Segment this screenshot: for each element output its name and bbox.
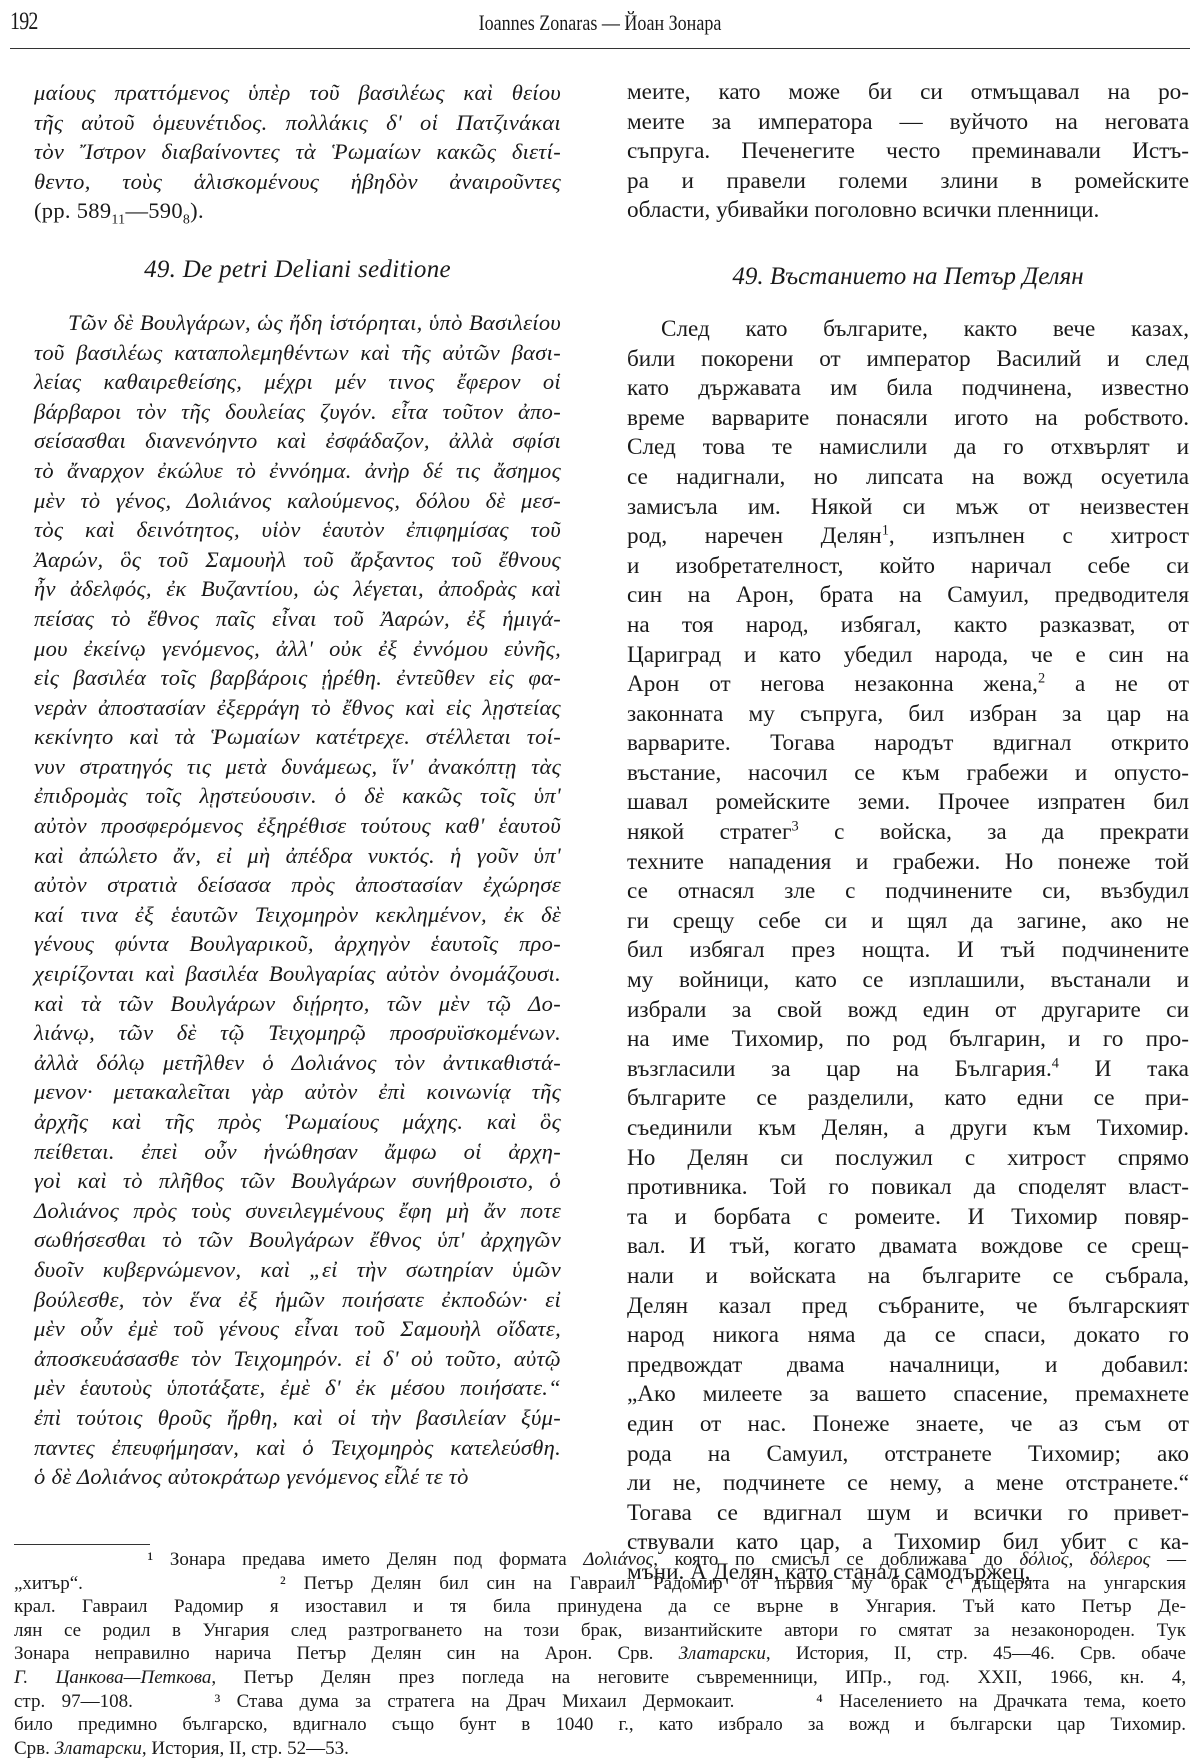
text-line: съединили към Делян, а други към Тихомир… <box>627 1114 1189 1144</box>
text-line: τὸς καὶ δεινότητος, υἱὸν ἑαυτὸν ἐπιφημίσ… <box>34 515 561 545</box>
text-line: πείθεται. ἐπεὶ οὖν ἡνώθησαν ἄμφω οἱ ἀρχη… <box>34 1137 561 1167</box>
text-line: След като българите, както вече казах, <box>627 315 1189 345</box>
text-line: области, убивайки поголовно всички пленн… <box>627 196 1189 226</box>
text-line: ἀρχῆς καὶ τῆς πρὸς Ῥωμαίους μάχης. καὶ ὃ… <box>34 1107 561 1137</box>
text-line: μὲν τὸ γένος, Δολιάνος καλούμενος, δόλου… <box>34 486 561 516</box>
text-line: един от нас. Понеже знаете, че аз съм от <box>627 1410 1189 1440</box>
text-line: та и борбата с ромеите. И Тихомир повяр- <box>627 1203 1189 1233</box>
bulgarian-column: меите, като може би си отмъщавал на ро-м… <box>627 78 1189 1588</box>
text-line: ἀποσκευάσασθε τὸν Τειχομηρόν. εἰ δ' οὐ τ… <box>34 1344 561 1374</box>
text-line: противника. Той го повикал да споделят в… <box>627 1173 1189 1203</box>
text-line: πείσας τὸ ἔθνος παῖς εἶναι τοῦ Ἀαρών, ἐξ… <box>34 604 561 634</box>
text-line: μου ἐκείνῳ γενόμενος, ἀλλ' οὐκ ἐξ ἐννόμο… <box>34 634 561 664</box>
greek-intro-paragraph: μαίους πραττόμενος ὑπὲρ τοῦ βασιλέως καὶ… <box>34 78 561 196</box>
text-line: ἀλλὰ δόλῳ μετῆλθεν ὁ Δολιάνος τὸν ἀντικα… <box>34 1048 561 1078</box>
text-line: τῆς αὐτοῦ ὁμευνέτιδος. πολλάκις δ' οἱ Πα… <box>34 108 561 138</box>
text-line: καὶ τὰ τῶν Βουλγάρων διῄρητο, τῶν μὲν τῷ… <box>34 989 561 1019</box>
text-line: Δολιάνος πρὸς τοὺς συνειλεγμένους ἔφη μὴ… <box>34 1196 561 1226</box>
section-title-bulgarian: 49. Въстанието на Петър Делян <box>627 259 1189 295</box>
text-line: Арон от негова незаконна жена,2 а не от <box>627 670 1189 700</box>
text-line: λείας καθαιρεθείσης, μέχρι μέν τινος ἔφε… <box>34 367 561 397</box>
text-line: γένους φύντα Βουλγαρικοῦ, ἀρχηγὸν ἑαυτοῖ… <box>34 929 561 959</box>
footnote-line: Зонара неправилно нарича Петър Делян син… <box>14 1642 1186 1666</box>
text-line: Τῶν δὲ Βουλγάρων, ὡς ἤδη ἱστόρηται, ὑπὸ … <box>34 308 561 338</box>
text-line: ὁ δὲ Δολιάνος αὐτοκράτωρ γενόμενος εἷλέ … <box>34 1462 561 1492</box>
text-line: βούλεσθε, τὸν ἕνα ἐξ ἡμῶν ποιήσατε ἐκποδ… <box>34 1285 561 1315</box>
greek-column: μαίους πραττόμενος ὑπὲρ τοῦ βασιλέως καὶ… <box>34 78 561 1492</box>
text-line: νυν στρατηγός τις μετὰ δυνάμεως, ἵν' ἀνα… <box>34 752 561 782</box>
text-line: αὐτὸν προσφερόμενος ἐξηρέθισε τούτους κα… <box>34 811 561 841</box>
text-line: българите се разделили, като едни се при… <box>627 1084 1189 1114</box>
page-reference: (pp. 58911—5908). <box>34 196 561 226</box>
running-title: Ioannes Zonaras — Йоан Зонара <box>116 10 1084 36</box>
text-line: варварите. Тогава народът вдигнал открит… <box>627 729 1189 759</box>
text-line: ἐπιδρομὰς τοῖς λῃστεύουσιν. ὁ δὲ κακῶς τ… <box>34 781 561 811</box>
text-line: ἦν ἀδελφός, ἐκ Βυζαντίου, ὡς λέγεται, ἀπ… <box>34 574 561 604</box>
text-line: народ никога няма да се спаси, докато го <box>627 1321 1189 1351</box>
text-line: на тоя народ, избягал, както разказват, … <box>627 611 1189 641</box>
header-rule <box>10 48 1190 49</box>
text-line: εἰς βασιλέα τοῖς βαρβάροις ᾑρέθη. ἐντεῦθ… <box>34 663 561 693</box>
footnote-line: Срв. Златарски, История, II, стр. 52—53. <box>14 1737 1186 1761</box>
footnote-rule <box>14 1544 150 1545</box>
text-line: τὸ ἄναρχον ἐκώλυε τὸ ἐννόημα. ἀνὴρ δέ τι… <box>34 456 561 486</box>
text-line: ἐπὶ τούτοις θροῦς ἤρθη, καὶ οἱ τὴν βασιλ… <box>34 1403 561 1433</box>
footnote-marker[interactable]: 3 <box>792 818 799 834</box>
text-line: ли не, подчинете се нему, а мене отстран… <box>627 1469 1189 1499</box>
text-line: αὐτὸν στρατιὰ δείσασα πρὸς ἀποστασίαν ἐχ… <box>34 870 561 900</box>
text-line: βάρβαροι τὸν τῆς δουλείας ζυγόν. εἶτα το… <box>34 397 561 427</box>
text-line: Цариград и като убедил народа, че е син … <box>627 641 1189 671</box>
text-line: „Ако милеете за вашето спасение, премахн… <box>627 1380 1189 1410</box>
text-line: му войници, като се изплашили, въстанали… <box>627 966 1189 996</box>
text-line: λιάνῳ, τῶν δὲ τῷ Τειχομηρῷ προσρυϊσκομέν… <box>34 1018 561 1048</box>
bulgarian-intro-paragraph: меите, като може би си отмъщавал на ро-м… <box>627 78 1189 226</box>
text-line: Но Делян си послужил с хитрост спрямо <box>627 1144 1189 1174</box>
text-line: род, наречен Делян1, изпълнен с хитрост <box>627 522 1189 552</box>
footnote-line: „хитър“. ² Петър Делян бил син на Гавраи… <box>14 1572 1186 1596</box>
footnote-line: крал. Гавраил Радомир я изоставил и тя б… <box>14 1595 1186 1619</box>
text-line: παντες ἐπευφήμησαν, καὶ ὁ Τειχομηρὸς κατ… <box>34 1433 561 1463</box>
text-line: μενον· μετακαλεῖται γὰρ αὐτὸν ἐπὶ κοινων… <box>34 1077 561 1107</box>
page-number: 192 <box>10 8 38 36</box>
text-line: κεκίνητο καὶ τὰ Ῥωμαίων κατέτρεχε. στέλλ… <box>34 722 561 752</box>
text-line: χειρίζονται καὶ βασιλέα Βουλγαρίας αὐτὸν… <box>34 959 561 989</box>
text-line: законната му съпруга, бил избран за цар … <box>627 700 1189 730</box>
text-line: възгласили за цар на България.4 И така <box>627 1055 1189 1085</box>
text-line: τοῦ βασιλέως καταπολεμηθέντων καὶ τῆς αὐ… <box>34 338 561 368</box>
text-line: καὶ ἀπώλετο ἄν, εἰ μὴ ἀπέδρα νυκτός. ἡ γ… <box>34 841 561 871</box>
bulgarian-body-paragraph: След като българите, както вече казах,би… <box>627 315 1189 1588</box>
footnote-line: ¹ Зонара предава името Делян под формата… <box>14 1548 1186 1572</box>
text-line: някой стратег3 с войска, за да прекрати <box>627 818 1189 848</box>
text-line: τὸν Ἴστρον διαβαίνοντες τὰ Ῥωμαίων κακῶς… <box>34 137 561 167</box>
text-line: предвождат двама началници, и добавил: <box>627 1351 1189 1381</box>
text-line: σείσασθαι διανενόηντο καὶ ἐσφάδαζον, ἀλλ… <box>34 426 561 456</box>
text-line: и изобретателност, който наричал себе си <box>627 552 1189 582</box>
text-line: ра и правели големи злини в ромейските <box>627 167 1189 197</box>
footnote-line: било предимно българско, вдигнало също б… <box>14 1713 1186 1737</box>
text-line: Делян казал пред събраните, че български… <box>627 1292 1189 1322</box>
text-line: Ἀαρών, ὃς τοῦ Σαμουὴλ τοῦ ἄρξαντος τοῦ ἔ… <box>34 545 561 575</box>
text-line: шавал ромейските земи. Прочее изпратен б… <box>627 788 1189 818</box>
footnote-marker[interactable]: 4 <box>1052 1055 1059 1071</box>
footnote-marker[interactable]: 1 <box>882 522 889 538</box>
text-line: време варварите понасяли игото на робств… <box>627 404 1189 434</box>
text-line: След това те намислили да го отхвърлят и <box>627 433 1189 463</box>
section-title-latin: 49. De petri Deliani seditione <box>34 252 561 288</box>
text-line: ги срещу себе си и щял да загине, ако не <box>627 907 1189 937</box>
text-line: νερὰν ἀποστασίαν ἐξερράγη τὸ ἔθνος καὶ ε… <box>34 693 561 723</box>
text-line: въстание, насочил се към грабежи и опуст… <box>627 759 1189 789</box>
text-line: меите, като може би си отмъщавал на ро- <box>627 78 1189 108</box>
text-line: δυοῖν κυβερνώμενον, καὶ „εἰ τὴν σωτηρίαν… <box>34 1255 561 1285</box>
footnotes: ¹ Зонара предава името Делян под формата… <box>14 1548 1186 1760</box>
text-line: θεντο, τοὺς ἁλισκομένους ἡβηδὸν ἀναιροῦν… <box>34 167 561 197</box>
footnote-line: стр. 97—108. ³ Става дума за стратега на… <box>14 1690 1186 1714</box>
text-line: нали и войската на българите се събрала, <box>627 1262 1189 1292</box>
text-line: били покорени от император Василий и сле… <box>627 345 1189 375</box>
footnote-line: лян се родил в Унгария след разтрогванет… <box>14 1619 1186 1643</box>
text-line: рода на Самуил, отстранете Тихомир; ако <box>627 1440 1189 1470</box>
text-line: вал. И тъй, когато двамата вождове се ср… <box>627 1232 1189 1262</box>
text-line: син на Арон, брата на Самуил, предводите… <box>627 581 1189 611</box>
footnote-line: Г. Цанкова—Петкова, Петър Делян през пог… <box>14 1666 1186 1690</box>
text-line: замисъла им. Някой си мъж от неизвестен <box>627 493 1189 523</box>
text-line: се надигнали, но липсата на вожд осуетил… <box>627 463 1189 493</box>
text-line: μαίους πραττόμενος ὑπὲρ τοῦ βασιλέως καὶ… <box>34 78 561 108</box>
text-line: техните нападения и грабежи. Но понеже т… <box>627 848 1189 878</box>
text-line: съпруга. Печенегите често преминавали Ис… <box>627 137 1189 167</box>
text-line: γοὶ καὶ τὸ πλῆθος τῶν Βουλγάρων συνήθροι… <box>34 1166 561 1196</box>
text-line: Тогава се вдигнал шум и всички го привет… <box>627 1499 1189 1529</box>
text-line: меите за императора — вуйчото на неговат… <box>627 108 1189 138</box>
text-line: се отнасял зле с подчинените си, възбуди… <box>627 877 1189 907</box>
text-line: като държавата им била подчинена, извест… <box>627 374 1189 404</box>
text-line: σωθήσεσθαι τὸ τῶν Βουλγάρων ἔθνος ὑπ' ἀρ… <box>34 1225 561 1255</box>
text-line: бил избягал през нощта. И тъй подчиненит… <box>627 936 1189 966</box>
text-line: на име Тихомир, по род българин, и го пр… <box>627 1025 1189 1055</box>
text-line: μὲν ἑαυτοὺς ὑποτάξατε, ἐμὲ δ' ἐκ μέσου π… <box>34 1373 561 1403</box>
text-line: καί τινα ἐξ ἑαυτῶν Τειχομηρὸν κεκλημένον… <box>34 900 561 930</box>
text-line: μὲν οὖν ἐμὲ τοῦ γένους εἶναι τοῦ Σαμουὴλ… <box>34 1314 561 1344</box>
text-line: избрали за свой вожд един от другарите с… <box>627 996 1189 1026</box>
greek-body-paragraph: Τῶν δὲ Βουλγάρων, ὡς ἤδη ἱστόρηται, ὑπὸ … <box>34 308 561 1492</box>
page-header: 192 Ioannes Zonaras — Йоан Зонара <box>10 8 1190 38</box>
